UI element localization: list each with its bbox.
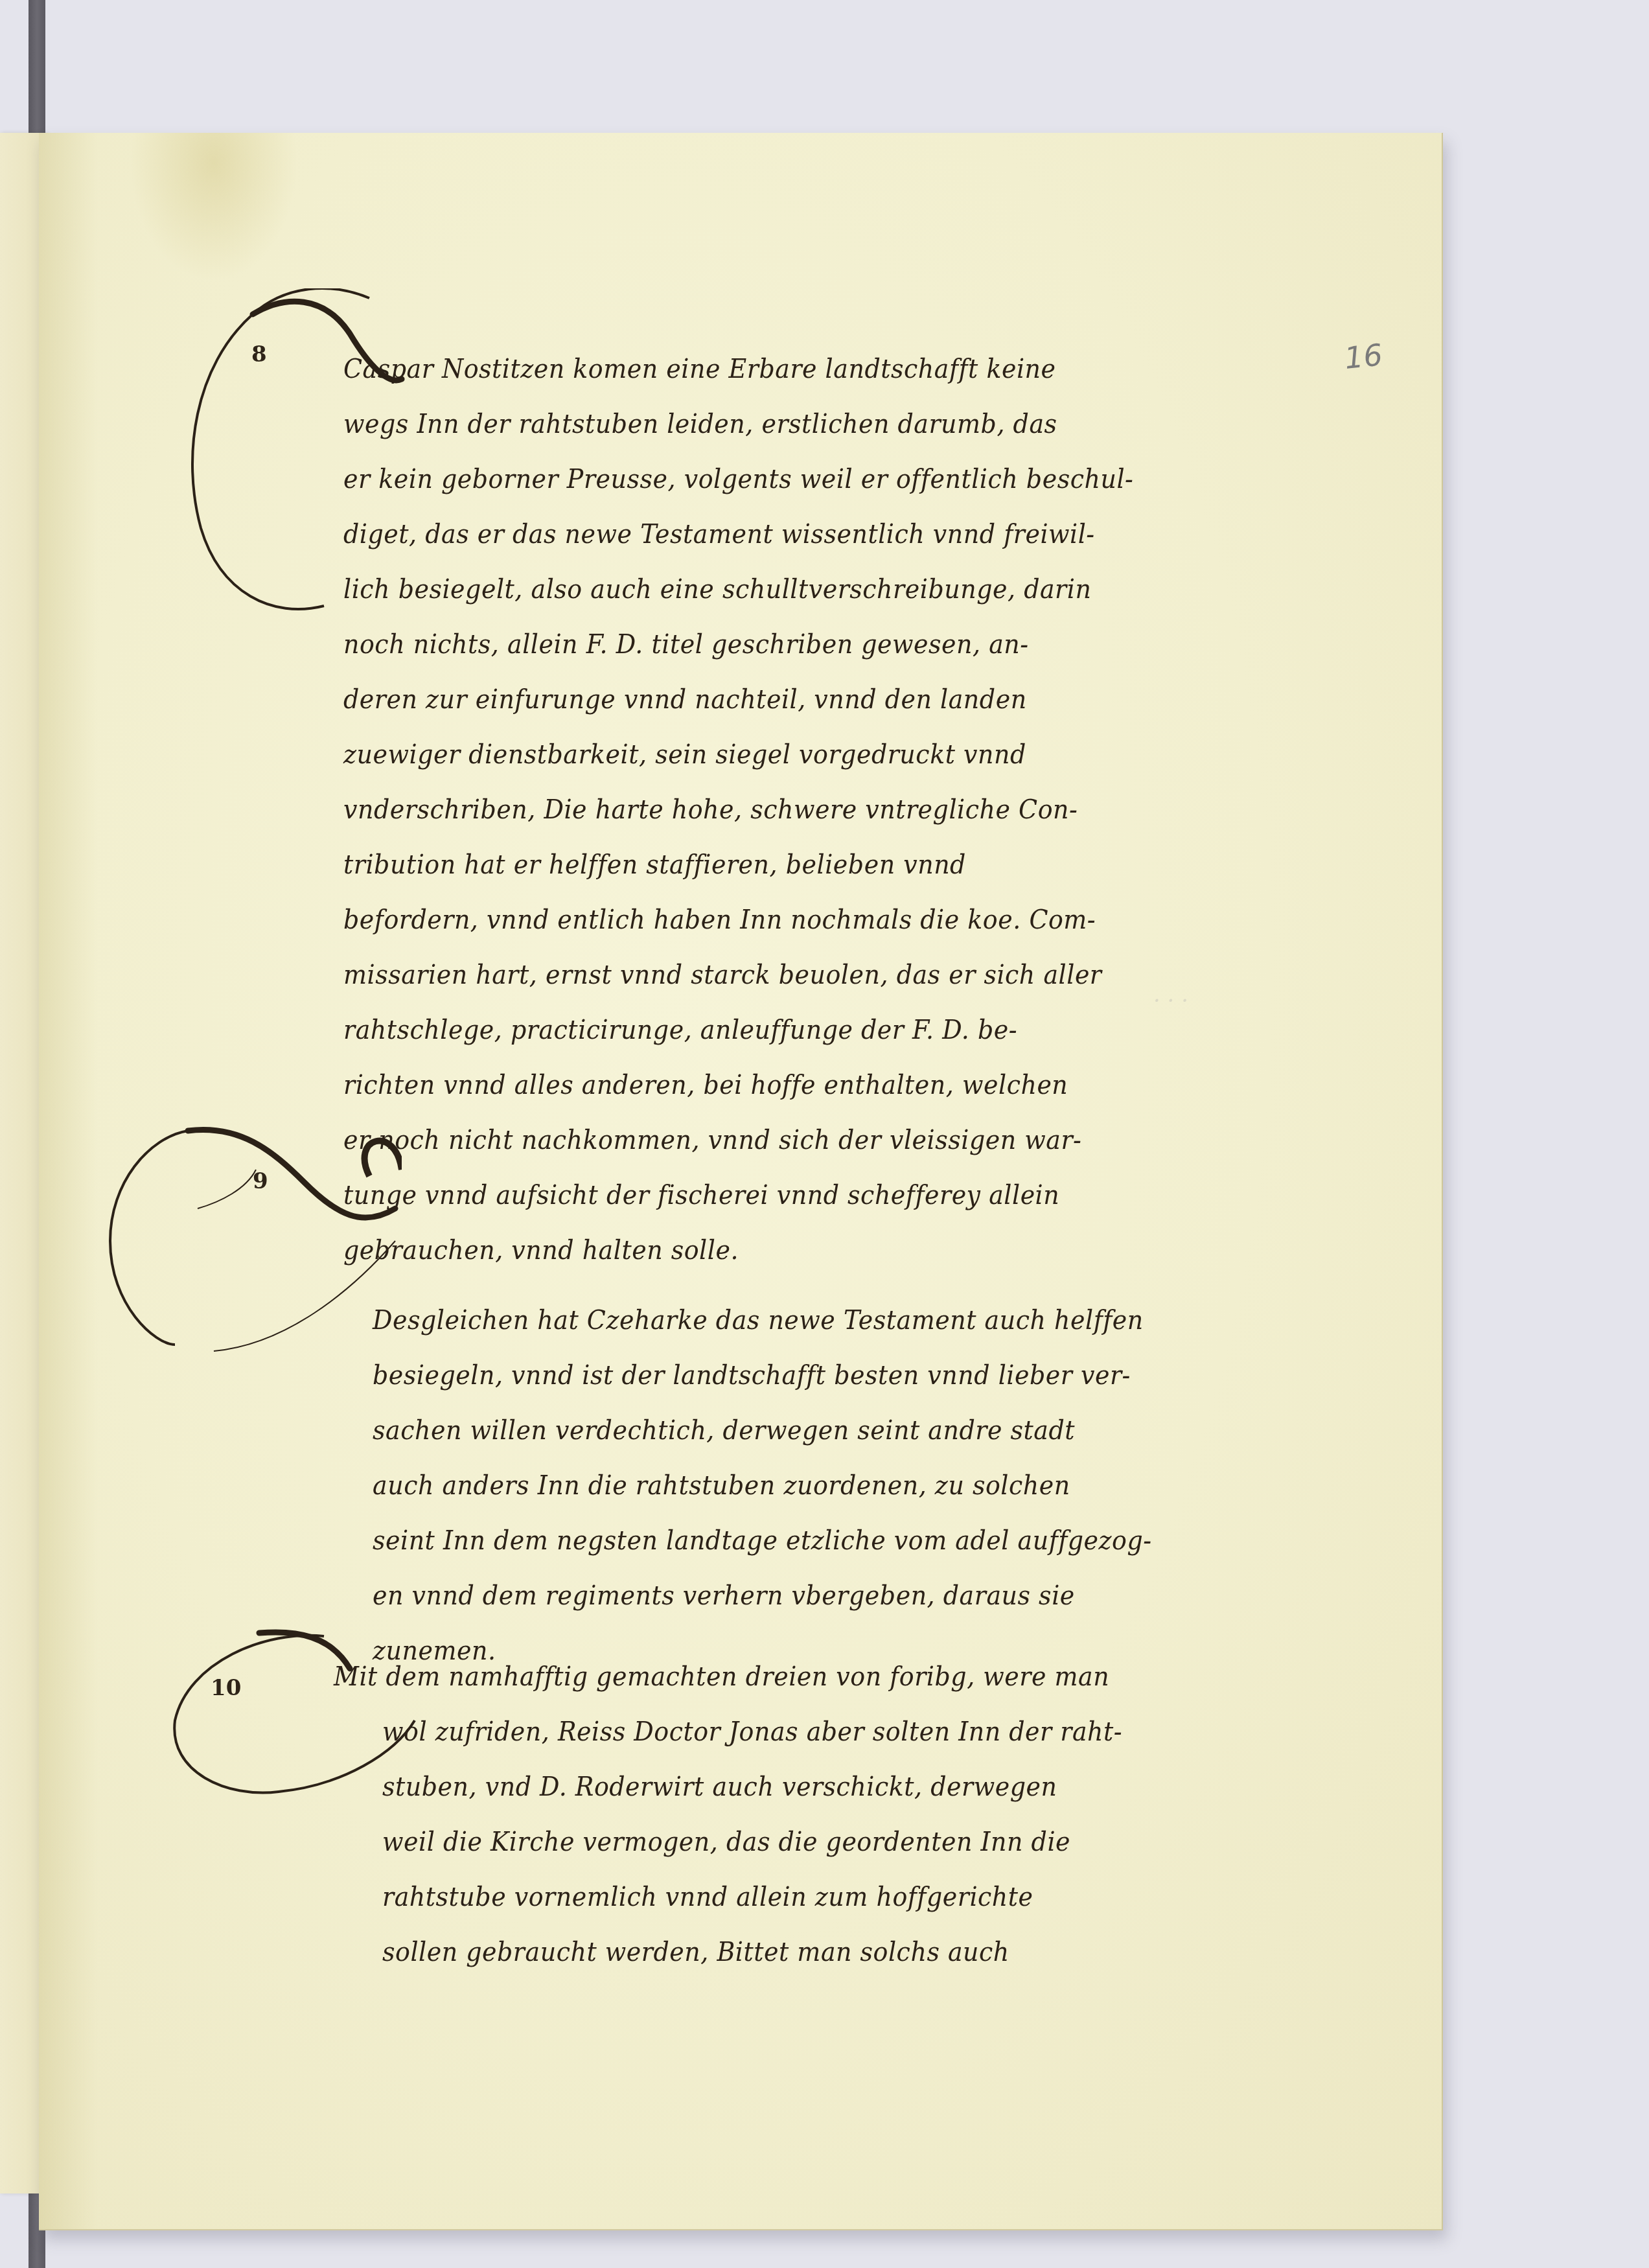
entry-text: Desgleichen hat Czeharke das newe Testam…: [373, 1293, 1152, 1678]
text-line: tunge vnnd aufsicht der fischerei vnnd s…: [343, 1166, 1133, 1225]
text-line: wegs Inn der rahtstuben leiden, erstlich…: [343, 395, 1133, 454]
text-line: befordern, vnnd entlich haben Inn nochma…: [343, 890, 1133, 950]
text-line: tribution hat er helffen staffieren, bel…: [343, 835, 1133, 895]
text-line: weil die Kirche vermogen, das die georde…: [334, 1812, 1122, 1872]
manuscript-page: 16 · · · 8 Caspar Nostitzen komen eine E…: [39, 133, 1443, 2230]
text-line: gebrauchen, vnnd halten solle.: [343, 1221, 1133, 1280]
text-line: noch nichts, allein F. D. titel geschrib…: [343, 615, 1133, 675]
folio-number: 16: [1343, 337, 1384, 376]
entry-number: 10: [211, 1675, 241, 1701]
text-line: richten vnnd alles anderen, bei hoffe en…: [343, 1056, 1133, 1115]
text-line: Desgleichen hat Czeharke das newe Testam…: [373, 1291, 1152, 1350]
entry-number: 8: [251, 341, 267, 367]
water-stain: [130, 133, 298, 282]
text-line: seint Inn dem negsten landtage etzliche …: [373, 1511, 1152, 1571]
text-line: zuewiger dienstbarkeit, sein siegel vorg…: [343, 725, 1133, 785]
text-line: stuben, vnd D. Roderwirt auch verschickt…: [334, 1757, 1122, 1817]
text-line: en vnnd dem regiments verhern vbergeben,…: [373, 1566, 1152, 1626]
text-line: er noch nicht nachkommen, vnnd sich der …: [343, 1111, 1133, 1170]
bleed-through-text: · · ·: [1153, 988, 1188, 1014]
entry-number: 9: [253, 1168, 268, 1194]
initial-d-flourish-icon: [91, 1111, 402, 1383]
text-line: auch anders Inn die rahtstuben zuordenen…: [373, 1456, 1152, 1516]
entry-text: Caspar Nostitzen komen eine Erbare landt…: [343, 341, 1133, 1278]
text-line: missarien hart, ernst vnnd starck beuole…: [343, 945, 1133, 1005]
text-line: diget, das er das newe Testament wissent…: [343, 505, 1133, 564]
text-line: vnderschriben, Die harte hohe, schwere v…: [343, 780, 1133, 840]
text-line: lich besiegelt, also auch eine schulltve…: [343, 560, 1133, 619]
text-line: sachen willen verdechtich, derwegen sein…: [373, 1401, 1152, 1461]
text-line: rahtschlege, practicirunge, anleuffunge …: [343, 1001, 1133, 1060]
entry-text: Mit dem namhafftig gemachten dreien von …: [334, 1649, 1122, 1980]
text-line: deren zur einfurunge vnnd nachteil, vnnd…: [343, 670, 1133, 730]
text-line: Caspar Nostitzen komen eine Erbare landt…: [343, 340, 1133, 399]
text-line: Mit dem namhafftig gemachten dreien von …: [334, 1647, 1122, 1707]
text-line: er kein geborner Preusse, volgents weil …: [343, 450, 1133, 509]
text-line: sollen gebraucht werden, Bittet man solc…: [334, 1923, 1122, 1982]
text-line: rahtstube vornemlich vnnd allein zum hof…: [334, 1868, 1122, 1927]
text-line: wol zufriden, Reiss Doctor Jonas aber so…: [334, 1702, 1122, 1762]
text-line: besiegeln, vnnd ist der landtschafft bes…: [373, 1346, 1152, 1406]
